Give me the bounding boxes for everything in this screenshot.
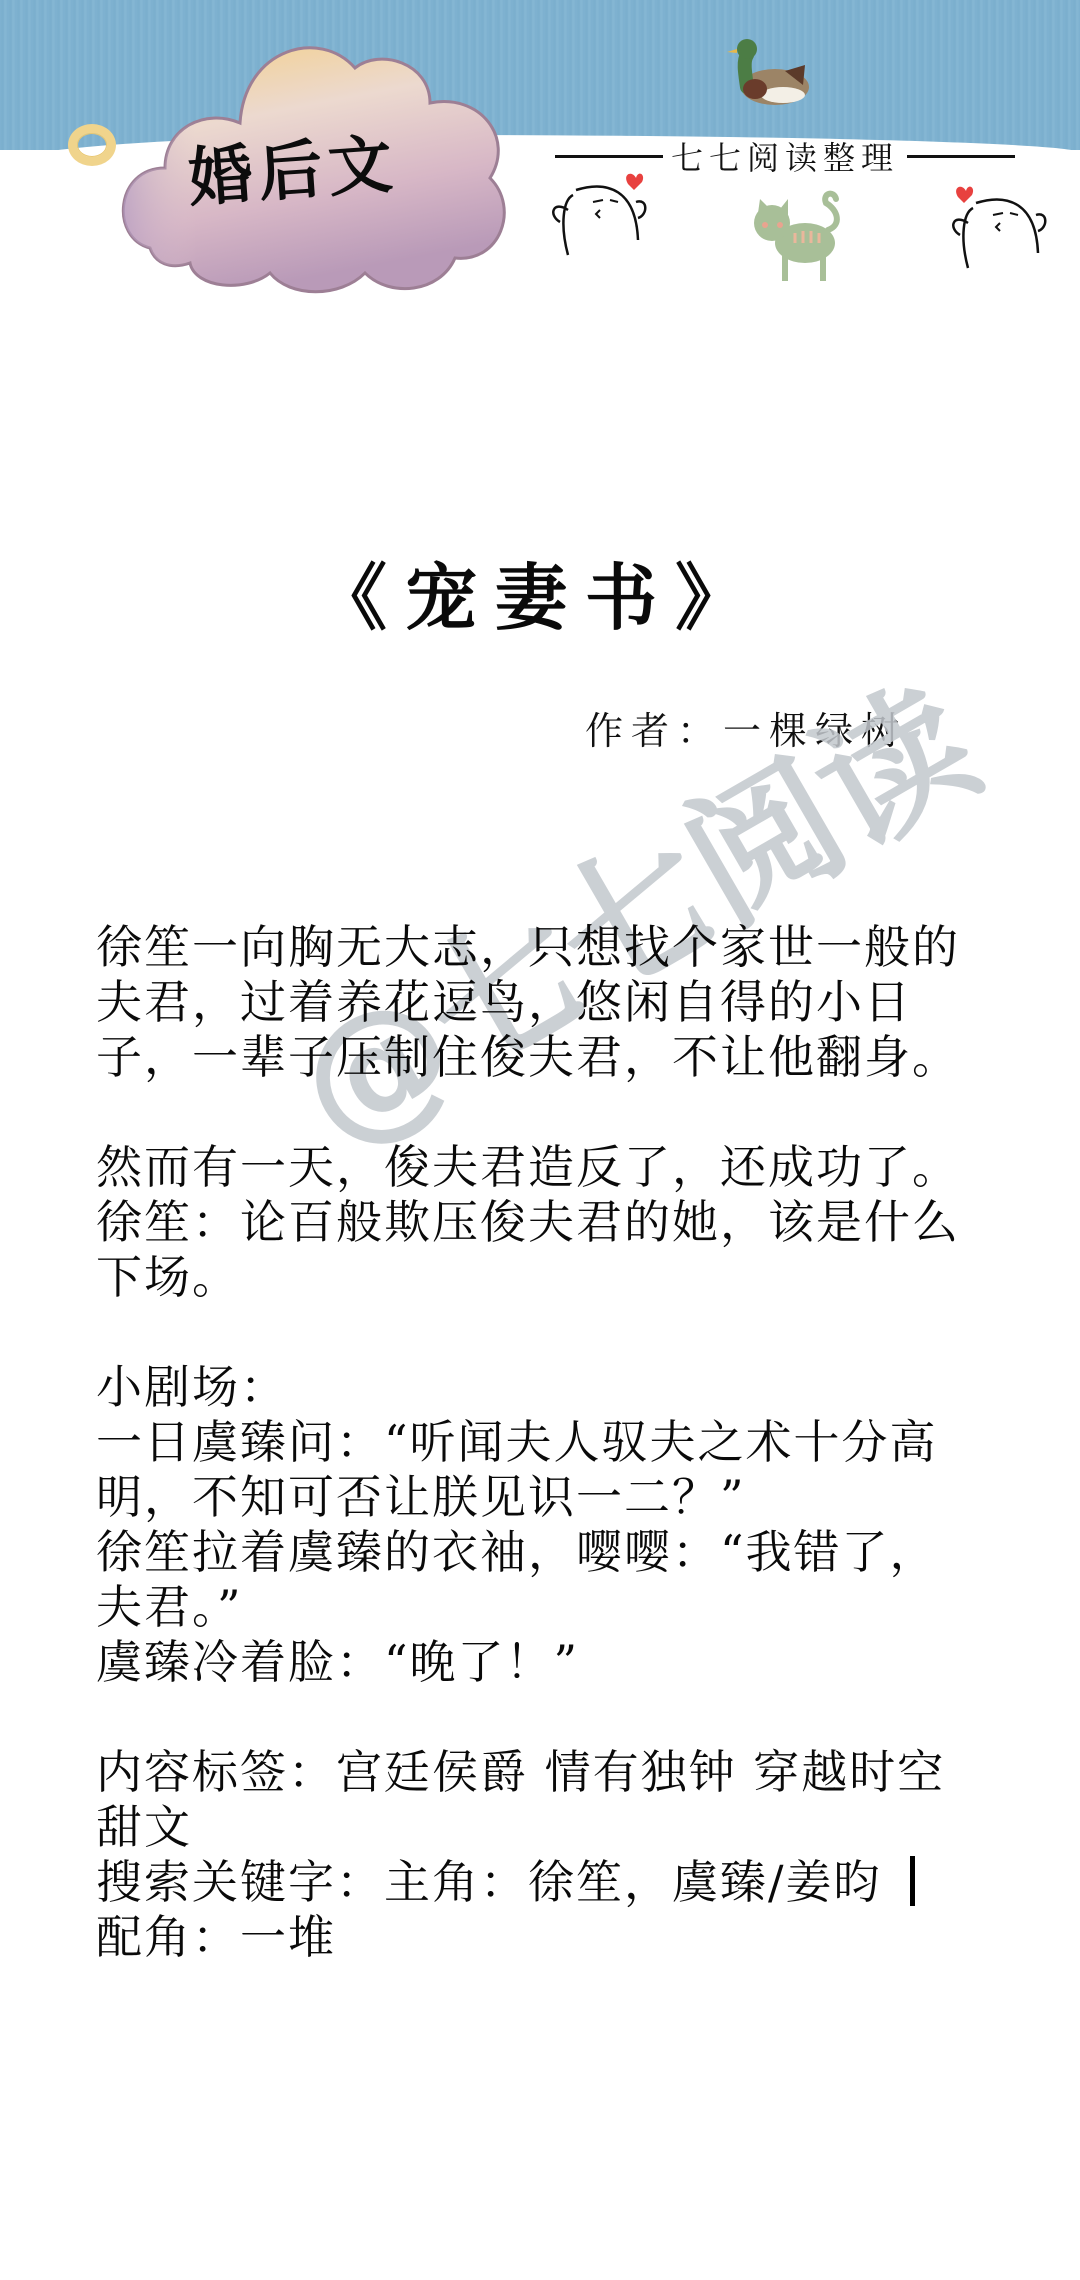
synopsis-paragraph: 徐笙一向胸无大志，只想找个家世一般的夫君，过着养花逗鸟，悠闲自得的小日子，一辈子… bbox=[96, 920, 976, 1085]
keywords-main: 搜索关键字：主角：徐笙，虞臻/姜昀 bbox=[96, 1855, 882, 1909]
keywords-separator bbox=[910, 1856, 915, 1906]
divider bbox=[555, 155, 663, 158]
theater-line: 虞臻冷着脸：“晚了！” bbox=[96, 1635, 976, 1690]
lifebuoy-icon bbox=[68, 124, 116, 166]
organizer-line: 七七阅读整理 bbox=[555, 138, 1015, 174]
duck-icon bbox=[725, 25, 815, 115]
search-keywords: 搜索关键字：主角：徐笙，虞臻/姜昀配角：一堆 bbox=[96, 1855, 976, 1965]
theater-line: 一日虞臻问：“听闻夫人驭夫之术十分高明，不知可否让朕见识一二？” bbox=[96, 1415, 976, 1525]
bear-icon bbox=[548, 170, 648, 270]
synopsis-paragraph: 然而有一天，俊夫君造反了，还成功了。 bbox=[96, 1140, 976, 1195]
keywords-supporting: 配角：一堆 bbox=[96, 1910, 336, 1964]
organizer-text: 七七阅读整理 bbox=[671, 133, 899, 179]
cat-icon bbox=[750, 185, 846, 285]
bear-icon bbox=[948, 183, 1048, 283]
book-title: 《宠妻书》 bbox=[0, 540, 1080, 644]
content-tags: 内容标签：宫廷侯爵 情有独钟 穿越时空 甜文 bbox=[96, 1745, 976, 1855]
synopsis: 徐笙一向胸无大志，只想找个家世一般的夫君，过着养花逗鸟，悠闲自得的小日子，一辈子… bbox=[96, 920, 976, 1965]
theater-heading: 小剧场： bbox=[96, 1360, 976, 1415]
category-label: 婚后文 bbox=[185, 113, 401, 219]
header-banner: 婚后文 七七阅读整理 bbox=[0, 0, 1080, 410]
synopsis-paragraph: 徐笙：论百般欺压俊夫君的她，该是什么下场。 bbox=[96, 1195, 976, 1305]
divider bbox=[907, 155, 1015, 158]
theater-line: 徐笙拉着虞臻的衣袖，嘤嘤：“我错了，夫君。” bbox=[96, 1525, 976, 1635]
